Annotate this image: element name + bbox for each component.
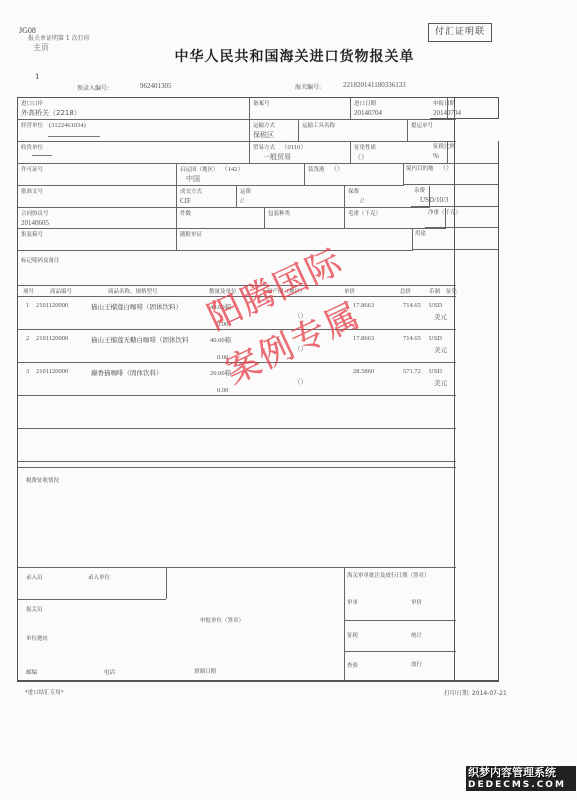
col-header-currency: 币制 [429, 287, 440, 295]
goods-total: 714.65 [403, 335, 421, 342]
watermark: 织梦内容管理系统 DEDECMS.COM [466, 766, 576, 791]
unit-address-label: 单位地址 [26, 634, 48, 642]
goods-item: 1 [26, 302, 29, 309]
approval-no-label: 批准文号 [21, 188, 174, 196]
print-count: 报关单证明第 1 次打印 [28, 33, 90, 42]
goods-origin: （） [294, 377, 307, 386]
customs-number: 221820141180336133 [343, 81, 406, 89]
postcode-label: 邮编 [26, 668, 37, 676]
consignee-cell: 收货单位 [18, 142, 250, 164]
transport-mode-value: 保税区 [253, 130, 296, 140]
loading-port-cell: 装货港（） [305, 164, 404, 186]
package-type-cell: 包装种类 [265, 208, 345, 229]
goods-currency-cn: 美元 [434, 345, 447, 354]
row-divider [18, 428, 456, 429]
redaction-line [32, 155, 52, 156]
divider [166, 567, 167, 599]
col-header-name: 商品名称、规格型号 [108, 287, 158, 295]
contract-no-value: 20140605 [21, 218, 174, 228]
deal-mode-value: CIF [180, 196, 234, 206]
phone-label: 电话 [104, 668, 115, 676]
goods-currency: USD [429, 335, 442, 342]
form-right-extension [454, 250, 499, 681]
goods-currency: USD [429, 302, 442, 309]
operator-label: 经营单位(3122461034) [21, 122, 247, 130]
divider [344, 651, 456, 652]
pre-entry-number: 962401305 [140, 82, 172, 90]
pre-entry-label: 预录入编号: [77, 83, 109, 92]
goods-code: 2101120000 [36, 368, 68, 375]
bill-no-cell: 提运单号 [408, 120, 456, 142]
goods-name: 猫山王榴莲白咖啡（固体饮料） [91, 302, 182, 311]
transport-mode-label: 运输方式 [253, 122, 296, 130]
marks-label: 标记唛码及备注 [21, 257, 454, 265]
net-weight-label: 净重（千克） [428, 209, 495, 217]
print-date: 打印日期: 2014-07-21 [444, 688, 507, 697]
row-divider [18, 461, 456, 462]
goods-name: 猫山王榴莲无糖白咖啡（固体饮料 [91, 335, 189, 344]
trade-mode-value: 一般贸易 [253, 152, 348, 162]
tax-rate-value: % [433, 151, 495, 161]
divider [344, 567, 345, 682]
record-no-label: 备案号 [253, 100, 348, 108]
declare-unit-label: 申报单位（签章） [200, 616, 244, 624]
divider [344, 620, 456, 621]
declare-date-cell: 申报日期 20140704 [430, 97, 499, 119]
transport-name-cell: 运输工具名称 [299, 120, 408, 142]
entry-unit-label: 录入单位 [88, 573, 110, 581]
misc-fee-label: 杂费 [414, 187, 495, 195]
page-number: 1 [35, 73, 39, 81]
tax-rate-label: 征税比例 [433, 143, 495, 151]
misc-fee-cell: 杂费 USD/10/3 [411, 185, 499, 207]
form-bottom-border [17, 681, 499, 682]
license-cell: 许可证号 [18, 164, 177, 186]
col-header-code: 商品编号 [50, 287, 72, 295]
fill-date-label: 填制日期 [194, 667, 216, 675]
loading-port-label: 装货港（） [308, 166, 401, 174]
watermark-line-2: DEDECMS.COM [466, 779, 576, 791]
divider [18, 599, 166, 600]
tax-rate-cell: 征税比例 % [430, 141, 499, 164]
destination-label: 境内目的地（） [406, 165, 495, 173]
tax-status-label: 税费征收情况 [26, 476, 59, 484]
deal-mode-label: 成交方式 [180, 188, 234, 196]
origin-country-label: 启运国（地区）（142） [180, 166, 302, 174]
net-weight-cell: 净重（千克） [425, 207, 499, 228]
freight-label: 运费 [240, 188, 342, 196]
goods-unit-price: 28.5860 [353, 368, 374, 375]
goods-item: 3 [26, 368, 29, 375]
usage-label: 用途 [415, 230, 495, 238]
copy-type-badge: 付汇证明联 [428, 23, 492, 42]
review-label: 审单 [347, 598, 358, 606]
license-label: 许可证号 [21, 166, 174, 174]
document-title: 中华人民共和国海关进口货物报关单 [0, 46, 577, 66]
row-divider [18, 395, 456, 396]
freight-value: // [240, 196, 342, 206]
declare-date-label: 申报日期 [433, 100, 495, 108]
redaction-line [48, 136, 100, 137]
import-port-cell: 进口口岸 外高桥关（2218） [18, 98, 250, 120]
attached-docs-label: 随附单证 [180, 231, 410, 239]
import-port-value: 外高桥关（2218） [21, 108, 247, 118]
goods-code: 2101120000 [36, 302, 68, 309]
origin-country-cell: 启运国（地区）（142） 中国 [177, 164, 305, 186]
package-type-label: 包装种类 [268, 210, 342, 218]
contract-no-cell: 合同协议号 20140605 [18, 208, 177, 229]
watermark-line-1: 织梦内容管理系统 [466, 766, 576, 779]
goods-total: 571.72 [403, 368, 421, 375]
destination-cell: 境内目的地（） [403, 163, 499, 185]
record-no-cell: 备案号 [250, 98, 351, 120]
packages-cell: 件数 [177, 208, 265, 229]
consignee-label: 收货单位 [21, 144, 247, 152]
goods-currency-cn: 美元 [434, 312, 447, 321]
price-review-label: 审价 [411, 598, 422, 606]
footer-note: *进口结汇专用* [25, 688, 64, 696]
col-header-total: 总价 [400, 287, 411, 295]
goods-item: 2 [26, 335, 29, 342]
trade-mode-cell: 贸易方式（0110） 一般贸易 [250, 142, 351, 164]
goods-qty2: 0.00 [217, 387, 228, 394]
declarant-label: 报关员 [26, 605, 43, 613]
bill-no-label: 提运单号 [411, 122, 454, 130]
declare-date-value: 20140704 [433, 108, 495, 118]
import-port-label: 进口口岸 [21, 100, 247, 108]
operator-cell: 经营单位(3122461034) [18, 120, 250, 142]
goods-currency: USD [429, 368, 442, 375]
approval-no-cell: 批准文号 [18, 186, 177, 208]
contract-no-label: 合同协议号 [21, 210, 174, 218]
goods-code: 2101120000 [36, 335, 68, 342]
origin-country-value: 中国 [180, 174, 302, 184]
statistics-label: 统计 [411, 631, 422, 639]
goods-total: 714.65 [403, 302, 421, 309]
col-header-item: 项号 [23, 287, 34, 295]
packages-label: 件数 [180, 210, 262, 218]
release-label: 放行 [411, 660, 422, 668]
misc-fee-value: USD/10/3 [414, 195, 495, 205]
divider [18, 567, 456, 568]
attached-docs-cell: 随附单证 [177, 229, 413, 251]
entry-clerk-label: 录入员 [26, 573, 43, 581]
goods-name: 麝香猫咖啡（固体饮料） [91, 368, 163, 377]
customs-number-label: 海关编号: [295, 82, 321, 91]
customs-approval-label: 海关审单批注及放行日期（签章） [347, 571, 430, 579]
usage-cell: 用途 [412, 228, 499, 250]
trade-mode-label: 贸易方式（0110） [253, 144, 348, 152]
transport-name-label: 运输工具名称 [302, 122, 405, 130]
deal-mode-cell: 成交方式 CIF [177, 186, 237, 208]
freight-cell: 运费 // [237, 186, 345, 208]
transport-mode-cell: 运输方式 保税区 [250, 120, 299, 142]
tax-levy-label: 征税 [347, 631, 358, 639]
container-no-label: 集装箱号 [21, 231, 174, 239]
inspection-label: 查验 [347, 661, 358, 669]
container-no-cell: 集装箱号 [18, 229, 177, 251]
goods-currency-cn: 美元 [434, 378, 447, 387]
divider [18, 467, 456, 468]
